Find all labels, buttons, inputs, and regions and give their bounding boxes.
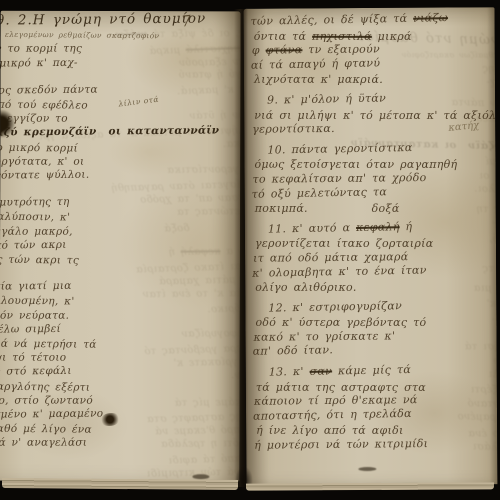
left-page: τών αλλές, οι δέ ψίξα τά νιάζωόντια τά π… xyxy=(0,11,241,482)
manuscript-line: ιθέλω σιμβεί xyxy=(0,320,222,336)
left-page-text: ϛθ. 2.Η γνώμη ντό θαυμίονμς ελεγομένων ρ… xyxy=(0,14,223,464)
manuscript-paragraph: ιδος σκεδόν πάντααπό τού εφέδλεοτό εγγίζ… xyxy=(0,83,222,183)
manuscript-line: 9. κ' μ'όλον ή ϋτάν xyxy=(267,89,495,108)
manuscript-line: ολίγο αλιθόρικο. xyxy=(255,281,497,296)
manuscript-paragraph: οπία γιατί μιαγιλουσμένη, κ'ττόν νεύρατα… xyxy=(0,280,222,451)
manuscript-line: ή μοντέρσι νά τών κιτριμίδι xyxy=(254,436,497,453)
manuscript-line: λιχνότατα κ' μακριά. xyxy=(254,73,497,88)
right-page-text: τών αλλές, οι δέ ψίξα τά νιάζωόντια τά π… xyxy=(251,13,498,459)
manuscript-line: ος τών ακρι τς xyxy=(0,253,225,269)
page-edges-right xyxy=(246,482,494,490)
manuscript-paragraph: τών αλλές, οι δέ ψίξα τά νιάζωόντια τά π… xyxy=(251,13,495,87)
manuscript-line: τών αλλές, οι δέ ψίξα τά νιάζω xyxy=(250,10,494,29)
manuscript-paragraph: 13. κ' σαν κάμε μίς τάτά μάτια της αστρα… xyxy=(253,364,498,453)
manuscript-line: 13. κ' σαν κάμε μίς τά xyxy=(269,362,497,381)
manuscript-line: ς μικρό κ' παχ- xyxy=(0,54,223,70)
manuscript-paragraph: 11. κ' αυτό α κεφαλή ήγεροντίζεται ίτακο… xyxy=(252,221,496,295)
manuscript-photo: τών αλλές, οι δέ ψίξα τά νιάζωόντια τά π… xyxy=(0,0,500,500)
right-page: ϛθ. 2.Η γνώμη ντό θαυμίονμς ελεγομένων ρ… xyxy=(244,7,498,486)
ink-smudge xyxy=(192,474,209,479)
book-gutter-crease xyxy=(234,9,248,487)
page-number: 7 xyxy=(181,12,192,31)
manuscript-line: ποκιμπά. δοξά xyxy=(255,202,498,217)
manuscript-line: 12. κ' εστριφογυρίζαν xyxy=(268,297,496,316)
page-edges-left xyxy=(2,478,238,490)
manuscript-line: οπία γιατί μια xyxy=(0,278,222,294)
manuscript-line: αγόντατε ψύλλοι. xyxy=(0,166,222,182)
manuscript-line: 11. κ' αυτό α κεφαλή ή xyxy=(268,218,496,237)
manuscript-line: αν στό κεφάλι xyxy=(0,363,222,379)
manuscript-line: από τών ακρι xyxy=(0,236,222,252)
manuscript-paragraph: 12. κ' εστριφογυρίζανοδό κ' ύστερα γρεβό… xyxy=(252,300,496,360)
manuscript-line: ιδος σκεδόν πάντα xyxy=(0,81,222,97)
manuscript-line: απ' οδό ίταν. xyxy=(253,341,497,360)
manuscript-line: ό μυτρότης τη xyxy=(0,194,222,210)
manuscript-line: γιά ν' αναγελάσι xyxy=(0,436,222,450)
manuscript-line: οσμένο κ' μαραμένο xyxy=(0,405,222,421)
ink-smudge xyxy=(358,467,376,471)
manuscript-line: 10. πάντα γεροντίστικα xyxy=(267,139,495,158)
manuscript-paragraph: ό μυτρότης τηκαλύποσιν, κ'μεγάλο μακρό,α… xyxy=(0,196,222,268)
manuscript-paragraph: 10. πάντα γεροντίστικαόμως ξετοίσγεται ό… xyxy=(251,142,495,216)
manuscript-line: μαζύ κρεμονζάϊν οι κατανταννάϊν xyxy=(0,124,222,140)
